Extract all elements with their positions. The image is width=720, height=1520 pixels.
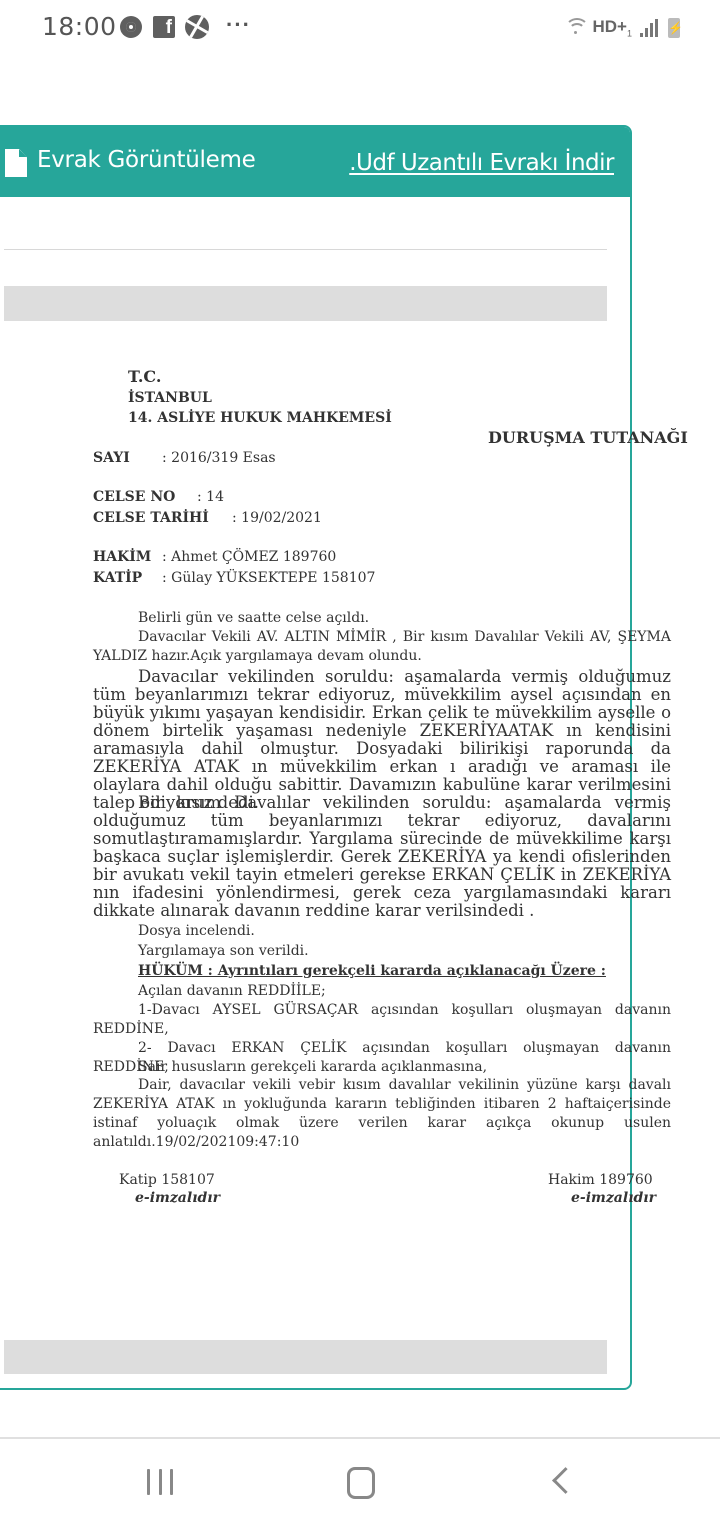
divider — [4, 249, 607, 250]
download-udf-link[interactable]: .Udf Uzantılı Evrakı İndir — [349, 150, 614, 176]
paragraph: 1-Davacı AYSEL GÜRSAÇAR açısından koşull… — [93, 1001, 671, 1039]
sayi-label: SAYI — [93, 450, 130, 466]
hakim-label: HAKİM — [93, 549, 151, 565]
paragraph: Açılan davanın REDDİİLE; — [93, 982, 671, 1001]
katip-label: KATİP — [93, 570, 142, 586]
document-icon — [5, 149, 27, 177]
facebook-icon: f — [153, 16, 175, 38]
paragraph: Yargılamaya son verildi. — [93, 942, 671, 961]
clock: 18:00 — [42, 12, 117, 41]
hakim-esign: e-imzalıdır — [571, 1190, 656, 1206]
doc-title: DURUŞMA TUTANAĞI — [488, 428, 688, 447]
panel-header: Evrak Görüntüleme .Udf Uzantılı Evrakı İ… — [0, 127, 630, 197]
panel-title: Evrak Görüntüleme — [37, 147, 255, 173]
doc-court: 14. ASLİYE HUKUK MAHKEMESİ — [128, 410, 392, 426]
paragraph: Sair hususların gerekçeli kararda açıkla… — [93, 1058, 671, 1077]
celse-tarihi-label: CELSE TARİHİ — [93, 510, 209, 526]
doc-city: İSTANBUL — [128, 390, 212, 406]
chrome-icon — [120, 16, 142, 38]
celse-no-label: CELSE NO — [93, 489, 175, 505]
katip-signature: Katip 158107 — [119, 1172, 215, 1188]
celse-tarihi-value: : 19/02/2021 — [232, 510, 322, 526]
toolbar-placeholder-bottom — [4, 1340, 607, 1374]
home-icon[interactable] — [347, 1467, 375, 1499]
paragraph: Belirli gün ve saatte celse açıldı. — [93, 609, 671, 628]
signal-icon — [640, 19, 658, 37]
battery-charging-icon: ⚡ — [668, 18, 680, 38]
hakim-value: : Ahmet ÇÖMEZ 189760 — [162, 549, 336, 565]
navigation-bar — [0, 1437, 720, 1520]
more-icon: ··· — [226, 12, 251, 38]
paragraph: Dair, davacılar vekili vebir kısım daval… — [93, 1076, 671, 1152]
network-type: HD+1 — [593, 17, 633, 38]
sayi-value: : 2016/319 Esas — [162, 450, 276, 466]
katip-esign: e-imzalıdır — [135, 1190, 220, 1206]
paragraph: Davacılar Vekili AV. ALTIN MİMİR , Bir k… — [93, 628, 671, 666]
paragraph: Dosya incelendi. — [93, 922, 671, 941]
back-icon[interactable] — [552, 1467, 579, 1494]
verdict-heading: HÜKÜM : Ayrıntıları gerekçeli kararda aç… — [93, 962, 671, 981]
wifi-icon — [565, 18, 589, 38]
paragraph: Davacılar vekilinden soruldu: aşamalarda… — [93, 668, 671, 812]
status-bar: 18:00 f ··· HD+1 ⚡ — [0, 0, 720, 56]
basketball-icon — [185, 15, 209, 39]
status-icons: HD+1 ⚡ — [565, 14, 681, 42]
hakim-signature: Hakim 189760 — [548, 1172, 653, 1188]
toolbar-placeholder-top — [4, 286, 607, 321]
paragraph: Bir kısım Davalılar vekilinden soruldu: … — [93, 794, 671, 920]
celse-no-value: : 14 — [197, 489, 224, 505]
katip-value: : Gülay YÜKSEKTEPE 158107 — [162, 570, 375, 586]
doc-tc: T.C. — [128, 367, 161, 386]
recent-apps-icon[interactable] — [147, 1469, 173, 1495]
